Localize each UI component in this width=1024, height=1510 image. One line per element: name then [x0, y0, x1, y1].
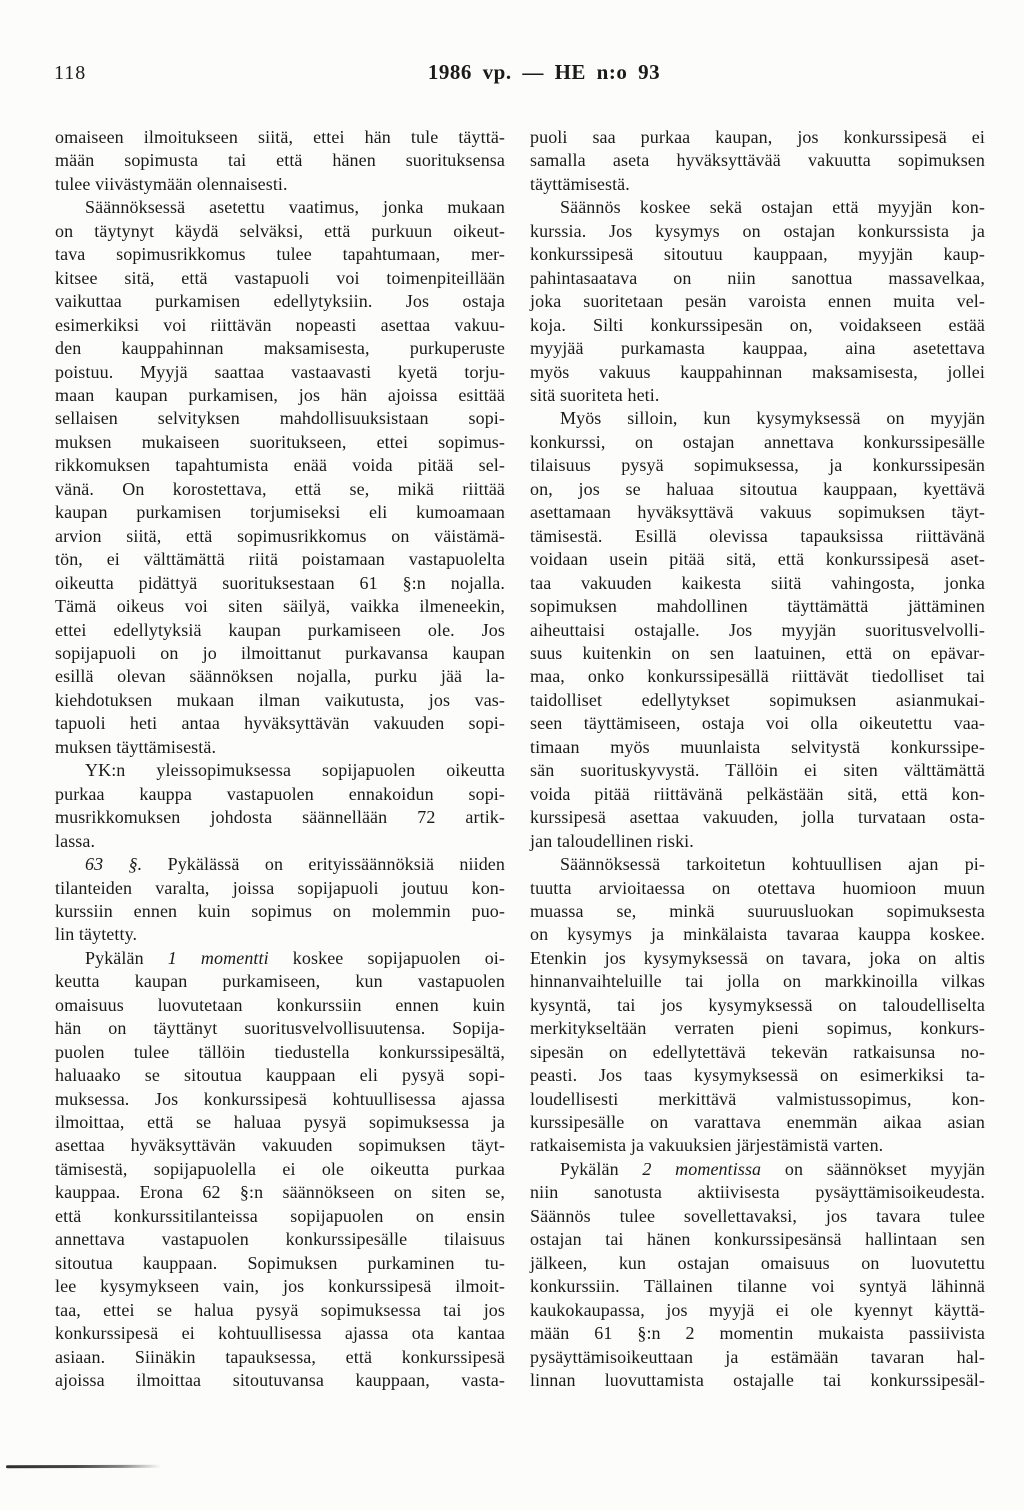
text-line: timaan myös muunlaista selvitystä konkur…	[530, 736, 985, 759]
text-line: kurssipesälle on varattava enemmän aikaa…	[530, 1111, 985, 1134]
text-line: kiehdotuksen mukaan ilman vaikutusta, jo…	[55, 689, 505, 712]
text-line: konkurssiin. Tällainen tilanne voi synty…	[530, 1275, 985, 1298]
column-left: omaiseen ilmoitukseen siitä, ettei hän t…	[55, 126, 505, 1392]
text-line: tapuoli heti antaa hyväksyttävän vakuude…	[55, 712, 505, 735]
text-line: kaukokaupassa, jos myyjä ei ole kyennyt …	[530, 1299, 985, 1322]
text-line: että konkurssitilanteissa sopijapuolen o…	[55, 1205, 505, 1228]
text-line: Myös silloin, kun kysymyksessä on myyjän	[530, 407, 985, 430]
text-line: lassa.	[55, 830, 505, 853]
text-line: esimerkiksi voi riittävän nopeasti asett…	[55, 314, 505, 337]
text-line: mään sopimusta tai että hänen suoritukse…	[55, 149, 505, 172]
text-line: YK:n yleissopimuksessa sopijapuolen oike…	[55, 759, 505, 782]
text-line: niin sanotusta aktiivisesta pysäyttämiso…	[530, 1181, 985, 1204]
text-line: keutta kaupan purkamiseen, kun vastapuol…	[55, 970, 505, 993]
paragraph: Myös silloin, kun kysymyksessä on myyjän…	[530, 407, 985, 853]
text-line: omaiseen ilmoitukseen siitä, ettei hän t…	[55, 126, 505, 149]
paragraph: Pykälän 2 momentissa on säännökset myyjä…	[530, 1158, 985, 1393]
text-line: muassa se, minkä suuruusluokan sopimukse…	[530, 900, 985, 923]
text-line: linnan luovuttamista ostajalle tai konku…	[530, 1369, 985, 1392]
column-right: puoli saa purkaa kaupan, jos konkurssipe…	[530, 126, 985, 1392]
document-page: 118 1986 vp. — HE n:o 93 omaiseen ilmoit…	[0, 0, 1024, 1510]
text-line: oikeutta pidättyä suorituksestaan 61 §:n…	[55, 572, 505, 595]
paragraph: 63 §. Pykälässä on erityissäännöksiä nii…	[55, 853, 505, 947]
text-line: lee kysymykseen vain, jos konkurssipesä …	[55, 1275, 505, 1298]
text-line: hinnanvaihteluille tai jolla on markkino…	[530, 970, 985, 993]
text-line: vänä. On korostettava, että se, mikä rii…	[55, 478, 505, 501]
text-line: kurssiin ennen kuin sopimus on molemmin …	[55, 900, 505, 923]
text-line: kurssipesä asettaa vakuuden, jolla turva…	[530, 806, 985, 829]
text-columns: omaiseen ilmoitukseen siitä, ettei hän t…	[55, 126, 985, 1392]
text-line: kauppaa. Erona 62 §:n säännökseen on sit…	[55, 1181, 505, 1204]
paragraph: puoli saa purkaa kaupan, jos konkurssipe…	[530, 126, 985, 196]
text-line: tämisestä, sopijapuolella ei ole oikeutt…	[55, 1158, 505, 1181]
text-line: ratkaisemista ja vakuuksien järjestämist…	[530, 1134, 985, 1157]
text-line: jälkeen, kun ostajan omaisuus on luovute…	[530, 1252, 985, 1275]
text-line: Etenkin jos kysymyksessä on tavara, joka…	[530, 947, 985, 970]
text-line: suus kuitenkin on sen laatuinen, että on…	[530, 642, 985, 665]
text-line: mään 61 §:n 2 momentin mukaista passiivi…	[530, 1322, 985, 1345]
text-line: lin täytetty.	[55, 923, 505, 946]
text-line: haluaako se sitoutua kauppaan eli pysyä …	[55, 1064, 505, 1087]
text-line: maan kaupan purkamisen, jos hän ajoissa …	[55, 384, 505, 407]
text-line: sän suorituskyvystä. Tällöin ei siten vä…	[530, 759, 985, 782]
text-line: hän on täyttänyt suoritusvelvollisuutens…	[55, 1017, 505, 1040]
text-line: aiheuttaisi ostajalle. Jos myyjän suorit…	[530, 619, 985, 642]
text-line: pahintasaatava on niin sanottua massavel…	[530, 267, 985, 290]
text-line: asettaa hyväksyttävän vakuuden sopimukse…	[55, 1134, 505, 1157]
text-line: Säännös tulee sovellettavaksi, jos tavar…	[530, 1205, 985, 1228]
text-line: musrikkomuksen johdosta säännellään 72 a…	[55, 806, 505, 829]
text-line: 63 §. Pykälässä on erityissäännöksiä nii…	[55, 853, 505, 876]
paragraph: Säännöksessä tarkoitetun kohtuullisen aj…	[530, 853, 985, 1158]
text-line: ettei edellytyksiä kaupan purkamiseen ol…	[55, 619, 505, 642]
text-line: tilaisuus pysyä sopimuksessa, ja konkurs…	[530, 454, 985, 477]
text-line: esillä olevan säännöksen nojalla, purku …	[55, 665, 505, 688]
text-line: maa, onko konkurssipesällä riittävät tie…	[530, 665, 985, 688]
text-line: Pykälän 2 momentissa on säännökset myyjä…	[530, 1158, 985, 1181]
text-line: sitä suoriteta heti.	[530, 384, 985, 407]
text-line: puolen tulee tällöin tiedustella konkurs…	[55, 1041, 505, 1064]
text-line: seen täyttämiseen, ostaja voi olla oikeu…	[530, 712, 985, 735]
text-line: konkurssi, on ostajan annettava konkurss…	[530, 431, 985, 454]
text-line: arvion siitä, että sopimusrikkomus on vä…	[55, 525, 505, 548]
paragraph: Pykälän 1 momentti koskee sopijapuolen o…	[55, 947, 505, 1393]
text-line: myyjää purkamasta kauppaa, aina asetetta…	[530, 337, 985, 360]
text-line: konkurssipesä sitoutuu kauppaan, myyjän …	[530, 243, 985, 266]
text-line: Säännöksessä tarkoitetun kohtuullisen aj…	[530, 853, 985, 876]
text-line: pysäyttämisoikeuttaan ja estämään tavara…	[530, 1346, 985, 1369]
text-line: tilanteiden varalta, joissa sopijapuoli …	[55, 877, 505, 900]
text-line: voida pitää riittävänä pelkästään sitä, …	[530, 783, 985, 806]
text-line: taidolliset edellytykset sopimuksen asia…	[530, 689, 985, 712]
text-line: sitoutua kauppaan. Sopimuksen purkaminen…	[55, 1252, 505, 1275]
text-line: Säännöksessä asetettu vaatimus, jonka mu…	[55, 196, 505, 219]
text-line: voidaan usein pitää sitä, että konkurssi…	[530, 548, 985, 571]
paragraph: Säännöksessä asetettu vaatimus, jonka mu…	[55, 196, 505, 759]
text-line: loudellisesti merkittävä valmistussopimu…	[530, 1088, 985, 1111]
text-line: asiaan. Siinäkin tapauksessa, että konku…	[55, 1346, 505, 1369]
text-line: kysyntä, tai jos kysymyksessä on taloude…	[530, 994, 985, 1017]
text-line: kaupan purkamisen torjumiseksi eli kumoa…	[55, 501, 505, 524]
text-line: täyttämisestä.	[530, 173, 985, 196]
text-line: tön, ei välttämättä riitä poistamaan vas…	[55, 548, 505, 571]
text-line: Tämä oikeus voi siten säilyä, vaikka ilm…	[55, 595, 505, 618]
text-line: tämisestä. Esillä olevissa tapauksissa r…	[530, 525, 985, 548]
text-line: tava sopimusrikkomus tulee tapahtumaan, …	[55, 243, 505, 266]
paragraph: Säännös koskee sekä ostajan että myyjän …	[530, 196, 985, 407]
text-line: poistuu. Myyjä saattaa vastaavasti kyetä…	[55, 361, 505, 384]
text-line: den kauppahinnan maksamisesta, purkuperu…	[55, 337, 505, 360]
text-line: sipesän on edellytettävä tekevän ratkais…	[530, 1041, 985, 1064]
text-line: muksessa. Jos konkurssipesä kohtuullises…	[55, 1088, 505, 1111]
text-line: Pykälän 1 momentti koskee sopijapuolen o…	[55, 947, 505, 970]
text-line: sellaisen selvityksen mahdollisuuksistaa…	[55, 407, 505, 430]
text-line: taa vakuuden kaikesta siitä vahingosta, …	[530, 572, 985, 595]
text-line: ilmoittaa, että se haluaa pysyä sopimuks…	[55, 1111, 505, 1134]
text-line: merkitykseltään verraten pieni sopimus, …	[530, 1017, 985, 1040]
text-line: samalla aseta hyväksyttävää vakuutta sop…	[530, 149, 985, 172]
text-line: on, jos se haluaa sitoutua kauppaan, kye…	[530, 478, 985, 501]
text-line: on kysymys ja minkälaista tavaraa kauppa…	[530, 923, 985, 946]
text-line: joka suoritetaan pesän varoista ennen mu…	[530, 290, 985, 313]
page-header: 1986 vp. — HE n:o 93	[64, 60, 1024, 85]
paragraph: omaiseen ilmoitukseen siitä, ettei hän t…	[55, 126, 505, 196]
text-line: muksen täyttämisestä.	[55, 736, 505, 759]
text-line: annettava vastapuolen konkurssipesälle t…	[55, 1228, 505, 1251]
text-line: tuutta arvioitaessa on otettava huomioon…	[530, 877, 985, 900]
text-line: rikkomuksen tapahtumista enää voida pitä…	[55, 454, 505, 477]
scan-artifact-line	[6, 1465, 161, 1468]
text-line: asettamaan hyväksyttävä vakuus sopimukse…	[530, 501, 985, 524]
paragraph: YK:n yleissopimuksessa sopijapuolen oike…	[55, 759, 505, 853]
text-line: koja. Silti konkurssipesän on, voidaksee…	[530, 314, 985, 337]
text-line: Säännös koskee sekä ostajan että myyjän …	[530, 196, 985, 219]
text-line: puoli saa purkaa kaupan, jos konkurssipe…	[530, 126, 985, 149]
text-line: ostajan tai hänen konkurssipesänsä halli…	[530, 1228, 985, 1251]
text-line: konkurssipesä ei kohtuullisessa ajassa o…	[55, 1322, 505, 1345]
text-line: kurssia. Jos kysymys on ostajan konkurss…	[530, 220, 985, 243]
text-line: peasti. Jos taas kysymyksessä on esimerk…	[530, 1064, 985, 1087]
text-line: omaisuus luovutetaan konkurssiin ennen k…	[55, 994, 505, 1017]
text-line: tulee viivästymään olennaisesti.	[55, 173, 505, 196]
text-line: kitsee sitä, että vastapuoli voi toimenp…	[55, 267, 505, 290]
text-line: on täytynyt käydä selväksi, että purkuun…	[55, 220, 505, 243]
text-line: sopijapuoli on jo ilmoittanut purkavansa…	[55, 642, 505, 665]
text-line: ajoissa ilmoittaa sitoutuvansa kauppaan,…	[55, 1369, 505, 1392]
text-line: purkaa kauppa vastapuolen ennakoidun sop…	[55, 783, 505, 806]
text-line: jan taloudellinen riski.	[530, 830, 985, 853]
text-line: vaikuttaa purkamisen edellytyksiin. Jos …	[55, 290, 505, 313]
text-line: myös vakuus kauppahinnan maksamisesta, j…	[530, 361, 985, 384]
text-line: sopimuksen mahdollinen täyttämättä jättä…	[530, 595, 985, 618]
text-line: muksen mukaiseen suoritukseen, ettei sop…	[55, 431, 505, 454]
text-line: taa, ettei se halua pysyä sopimuksessa t…	[55, 1299, 505, 1322]
